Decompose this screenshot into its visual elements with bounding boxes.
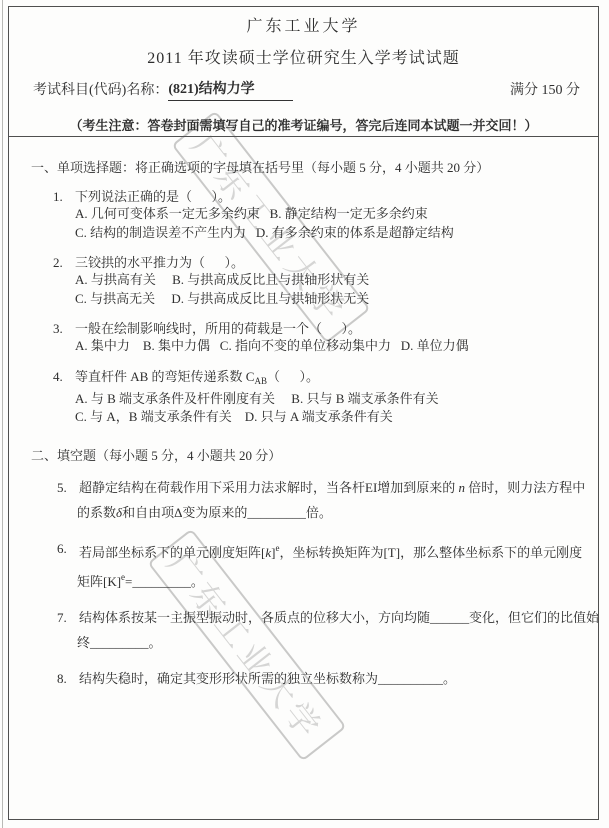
question-4-options-ab: A. 与 B 端支承条件及杆件刚度有关 B. 只与 B 端支承条件有关 bbox=[53, 390, 584, 409]
exam-title: 2011 年攻读硕士学位研究生入学考试试题 bbox=[9, 48, 598, 70]
candidate-notice: （考生注意：答卷封面需填写自己的准考证编号，答完后连同本试题一并交回！） bbox=[9, 115, 598, 134]
question-7-line-2: 终_________。 bbox=[57, 630, 584, 655]
question-8-line-1: 8.结构失稳时，确定其变形形状所需的独立坐标数称为__________。 bbox=[57, 666, 584, 691]
question-3-stem: 一般在绘制影响线时，所用的荷载是一个（ ）。 bbox=[75, 320, 584, 337]
subject-value: (821)结构力学 bbox=[168, 80, 292, 101]
question-5-post: 倍时，则力法方程中 bbox=[465, 480, 585, 495]
question-4-stem-pre: 等直杆件 AB 的弯矩传递系数 C bbox=[75, 369, 254, 384]
question-2-options-cd: C. 与拱高无关 D. 与拱高成反比且与拱轴形状无关 bbox=[53, 290, 584, 309]
question-7-number: 7. bbox=[57, 605, 79, 630]
question-1-stem-line: 1.下列说法正确的是（ ）。 bbox=[53, 188, 584, 205]
question-2-options-ab: A. 与拱高有关 B. 与拱高成反比且与拱轴形状有关 bbox=[53, 271, 584, 290]
question-6-line-2: 矩阵[K]e=_________。 bbox=[57, 565, 584, 594]
question-1-options-ab: A. 几何可变体系一定无多余约束 B. 静定结构一定无多余约束 bbox=[53, 205, 584, 224]
question-4-stem-line: 4.等直杆件 AB 的弯矩传递系数 CAB（ ）。 bbox=[53, 368, 584, 390]
section-1-heading: 一、单项选择题：将正确选项的字母填在括号里（每小题 5 分，4 小题共 20 分… bbox=[31, 159, 584, 176]
question-6: 6.若局部坐标系下的单元刚度矩阵[k]e，坐标转换矩阵为[T]，那么整体坐标系下… bbox=[31, 536, 584, 594]
question-2: 2.三铰拱的水平推力为（ ）。 A. 与拱高有关 B. 与拱高成反比且与拱轴形状… bbox=[31, 254, 584, 308]
subject-left: 考试科目(代码)名称：(821)结构力学 bbox=[33, 80, 293, 101]
question-4-options-cd: C. 与 A，B 端支承条件有关 D. 只与 A 端支承条件有关 bbox=[53, 408, 584, 427]
question-4: 4.等直杆件 AB 的弯矩传递系数 CAB（ ）。 A. 与 B 端支承条件及杆… bbox=[31, 368, 584, 427]
question-8-number: 8. bbox=[57, 666, 79, 691]
question-5-l2-pre: 的系数 bbox=[77, 505, 116, 520]
question-3: 3.一般在绘制影响线时，所用的荷载是一个（ ）。 A. 集中力 B. 集中力偶 … bbox=[31, 320, 584, 356]
question-7: 7.结构体系按某一主振型振动时，各质点的位移大小，方向均随______变化，但它… bbox=[31, 605, 584, 655]
question-2-stem-line: 2.三铰拱的水平推力为（ ）。 bbox=[53, 254, 584, 271]
university-title: 广东工业大学 bbox=[9, 17, 598, 37]
question-6-line-1: 6.若局部坐标系下的单元刚度矩阵[k]e，坐标转换矩阵为[T]，那么整体坐标系下… bbox=[57, 536, 584, 565]
question-6-text-1: 若局部坐标系下的单元刚度矩阵[k]e，坐标转换矩阵为[T]，那么整体坐标系下的单… bbox=[79, 536, 582, 565]
question-1-number: 1. bbox=[53, 188, 75, 205]
question-5-pre: 超静定结构在荷载作用下采用力法求解时，当各杆EI增加到原来的 bbox=[79, 480, 459, 495]
question-6-l2-pre: 矩阵[K] bbox=[77, 574, 121, 589]
question-2-stem: 三铰拱的水平推力为（ ）。 bbox=[75, 254, 584, 271]
question-3-number: 3. bbox=[53, 320, 75, 337]
question-4-stem: 等直杆件 AB 的弯矩传递系数 CAB（ ）。 bbox=[75, 368, 584, 390]
question-2-number: 2. bbox=[53, 254, 75, 271]
question-5-line-1: 5.超静定结构在荷载作用下采用力法求解时，当各杆EI增加到原来的 n 倍时，则力… bbox=[57, 475, 584, 500]
exam-header: 广东工业大学 2011 年攻读硕士学位研究生入学考试试题 考试科目(代码)名称：… bbox=[9, 7, 598, 137]
scan-edge-line bbox=[2, 0, 3, 828]
question-8: 8.结构失稳时，确定其变形形状所需的独立坐标数称为__________。 bbox=[31, 666, 584, 691]
subject-row: 考试科目(代码)名称：(821)结构力学 满分 150 分 bbox=[9, 80, 598, 101]
question-7-line-1: 7.结构体系按某一主振型振动时，各质点的位移大小，方向均随______变化，但它… bbox=[57, 605, 584, 630]
question-6-l1-post: ，坐标转换矩阵为[T]，那么整体坐标系下的单元刚度 bbox=[279, 545, 582, 560]
question-1-stem: 下列说法正确的是（ ）。 bbox=[75, 188, 584, 205]
question-5: 5.超静定结构在荷载作用下采用力法求解时，当各杆EI增加到原来的 n 倍时，则力… bbox=[31, 475, 584, 525]
section-2-heading: 二、填空题（每小题 5 分，4 小题共 20 分） bbox=[31, 447, 584, 464]
question-4-number: 4. bbox=[53, 368, 75, 390]
question-1: 1.下列说法正确的是（ ）。 A. 几何可变体系一定无多余约束 B. 静定结构一… bbox=[31, 188, 584, 242]
page-frame: 广东工业大学 广东工业大学 广东工业大学 2011 年攻读硕士学位研究生入学考试… bbox=[8, 6, 599, 820]
question-5-line-2: 的系数δ和自由项Δ变为原来的_________倍。 bbox=[57, 500, 584, 525]
question-6-l1-pre: 若局部坐标系下的单元刚度矩阵[ bbox=[79, 545, 265, 560]
total-score: 满分 150 分 bbox=[510, 81, 580, 101]
question-1-options-cd: C. 结构的制造误差不产生内力 D. 有多余约束的体系是超静定结构 bbox=[53, 224, 584, 243]
question-4-stem-post: （ ）。 bbox=[267, 369, 319, 384]
subject-label: 考试科目(代码)名称： bbox=[33, 81, 168, 101]
question-5-l2-post: 和自由项Δ变为原来的_________倍。 bbox=[122, 505, 332, 520]
question-6-number: 6. bbox=[57, 536, 79, 565]
question-5-number: 5. bbox=[57, 475, 79, 500]
question-7-text-1: 结构体系按某一主振型振动时，各质点的位移大小，方向均随______变化，但它们的… bbox=[79, 605, 599, 630]
paper-body: 一、单项选择题：将正确选项的字母填在括号里（每小题 5 分，4 小题共 20 分… bbox=[9, 137, 598, 691]
question-3-options: A. 集中力 B. 集中力偶 C. 指向不变的单位移动集中力 D. 单位力偶 bbox=[53, 337, 584, 356]
question-4-subscript: AB bbox=[254, 376, 267, 386]
exam-paper-sheet: 广东工业大学 广东工业大学 广东工业大学 2011 年攻读硕士学位研究生入学考试… bbox=[0, 0, 609, 828]
question-5-text-1: 超静定结构在荷载作用下采用力法求解时，当各杆EI增加到原来的 n 倍时，则力法方… bbox=[79, 475, 585, 500]
question-8-text: 结构失稳时，确定其变形形状所需的独立坐标数称为__________。 bbox=[79, 666, 456, 691]
page-content: 广东工业大学 2011 年攻读硕士学位研究生入学考试试题 考试科目(代码)名称：… bbox=[9, 7, 598, 691]
question-3-stem-line: 3.一般在绘制影响线时，所用的荷载是一个（ ）。 bbox=[53, 320, 584, 337]
question-6-l2-post: =_________。 bbox=[125, 574, 204, 589]
